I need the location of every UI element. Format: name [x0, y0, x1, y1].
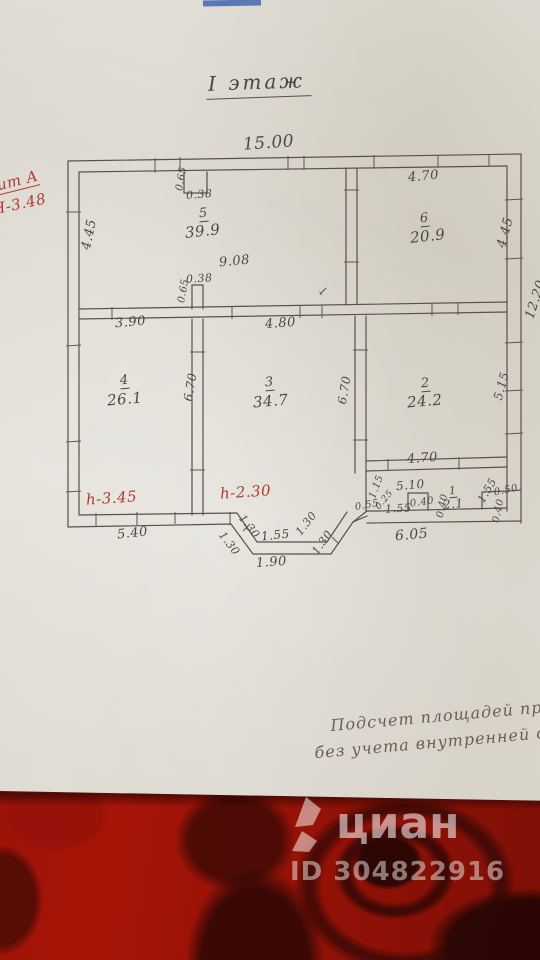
dimension-label: 4.80 — [265, 316, 297, 331]
room-area: 20.9 — [409, 227, 446, 246]
watermark-id: ID 304822916 — [290, 857, 540, 887]
blue-object-edge — [203, 0, 261, 7]
entry-arrow: ↙ — [318, 285, 329, 297]
dimension-label: 4.70 — [407, 169, 439, 185]
dimension-label: 1.55 — [385, 502, 412, 514]
dimension-label: 5.10 — [396, 478, 426, 492]
dimension-label: 1.90 — [256, 555, 288, 570]
dimension-label: 3.90 — [114, 315, 146, 331]
dimension-label: 0.38 — [186, 188, 213, 201]
cian-logo-icon — [290, 795, 326, 853]
room-number: 2 — [420, 377, 430, 393]
room-number: 6 — [419, 212, 429, 228]
dim-overall-top: 15.00 — [242, 133, 294, 154]
cian-logo-text: циан — [336, 802, 460, 846]
dimension-label: 5.40 — [116, 525, 148, 541]
dimension-label: 1.55 — [260, 528, 290, 543]
dimension-label: 6.05 — [394, 527, 428, 544]
room-area: 24.2 — [406, 392, 443, 410]
dimension-label: 4.70 — [407, 451, 439, 466]
room-area: 34.7 — [252, 392, 289, 410]
ceiling-height-annotation: h-3.45 — [86, 489, 138, 508]
room-area: 2.1 — [443, 497, 465, 511]
dimension-label: 9.08 — [218, 254, 250, 270]
room-number: 4 — [119, 374, 129, 390]
room-area: 39.9 — [184, 222, 221, 241]
photo-of-floor-plan: I этаж — [0, 0, 540, 960]
room-number: 5 — [198, 207, 208, 223]
room-number: 3 — [264, 376, 274, 392]
ceiling-height-annotation: h-2.30 — [220, 483, 272, 502]
room-area: 26.1 — [106, 390, 143, 408]
cian-watermark: циан ID 304822916 — [290, 795, 540, 887]
